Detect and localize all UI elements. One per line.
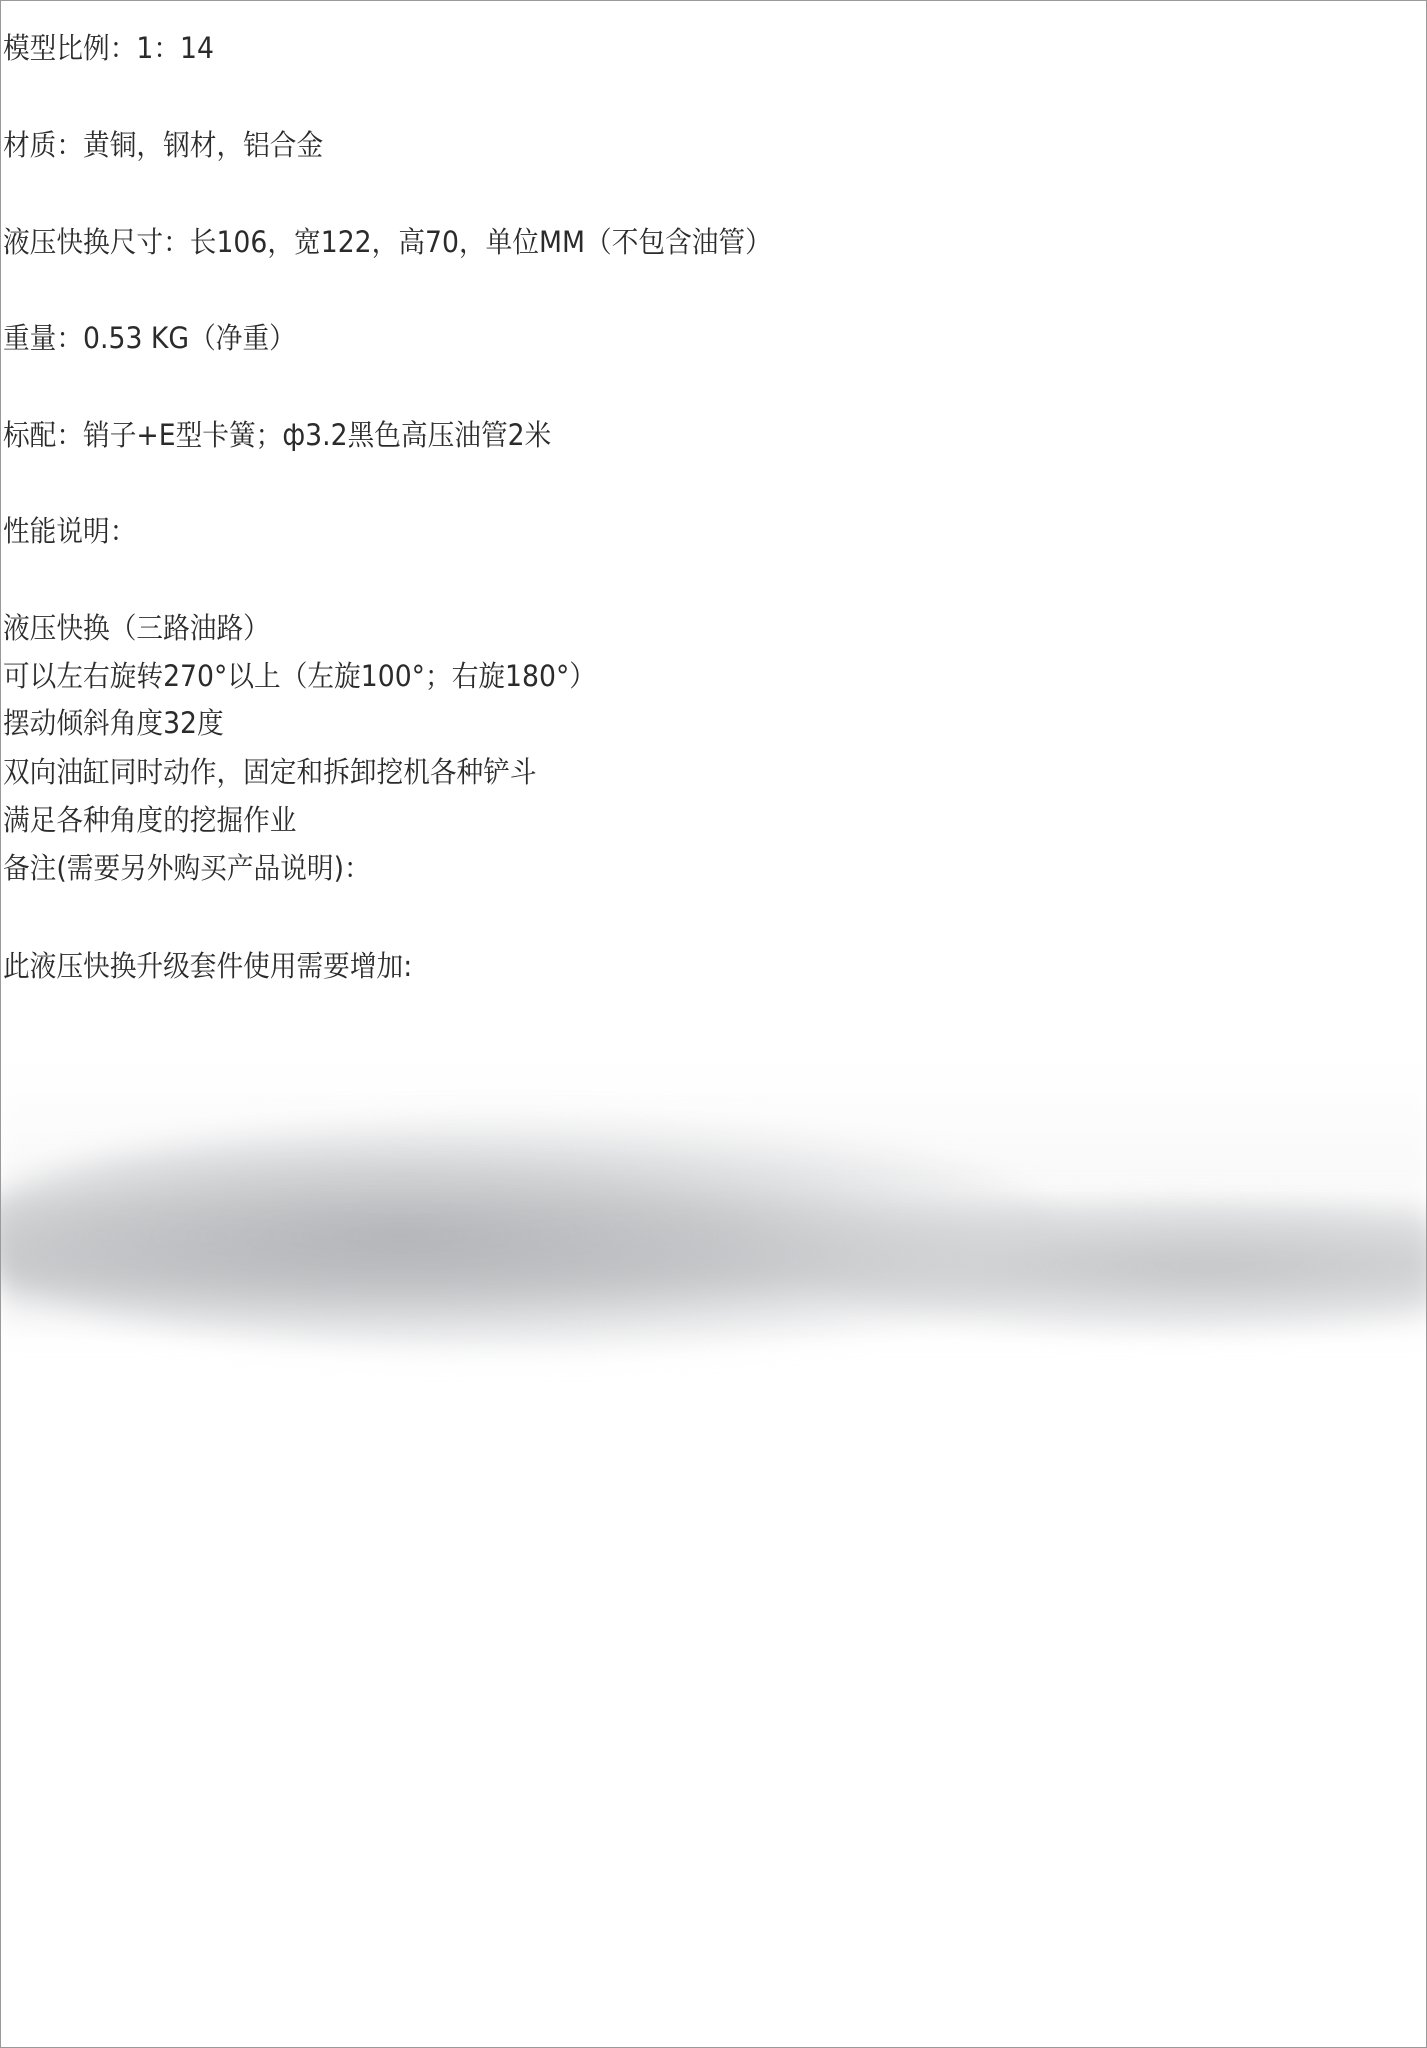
remarks-heading: 备注(需要另外购买产品说明)： xyxy=(3,851,371,885)
ink-wash-decoration-left xyxy=(0,1121,1061,1351)
upgrade-kit-note: 此液压快换升级套件使用需要增加: xyxy=(3,949,412,983)
performance-heading: 性能说明： xyxy=(3,514,136,548)
performance-item-oil-circuit: 液压快换（三路油路） xyxy=(3,611,270,645)
ink-wash-decoration-right xyxy=(821,1201,1427,1331)
document-page: 模型比例：1：14 材质：黄铜，钢材，铝合金 液压快换尺寸：长106，宽122，… xyxy=(0,0,1427,2048)
spec-scale: 模型比例：1：14 xyxy=(3,31,214,65)
performance-item-rotation: 可以左右旋转270°以上（左旋100°；右旋180°） xyxy=(3,659,596,693)
spec-material: 材质：黄铜，钢材，铝合金 xyxy=(3,128,323,162)
performance-item-dual-cylinder: 双向油缸同时动作，固定和拆卸挖机各种铲斗 xyxy=(3,755,537,789)
spec-standard-accessories: 标配：销子+E型卡簧；ф3.2黑色高压油管2米 xyxy=(3,418,551,452)
performance-item-tilt-angle: 摆动倾斜角度32度 xyxy=(3,706,224,740)
performance-item-digging-angles: 满足各种角度的挖掘作业 xyxy=(3,803,296,837)
ink-wash-decoration-band xyxy=(1,1181,1427,1341)
spec-dimensions: 液压快换尺寸：长106，宽122，高70，单位MM（不包含油管） xyxy=(3,225,772,259)
ink-wash-decoration-top xyxy=(1,1061,1427,1181)
spec-weight: 重量：0.53 KG（净重） xyxy=(3,321,296,355)
